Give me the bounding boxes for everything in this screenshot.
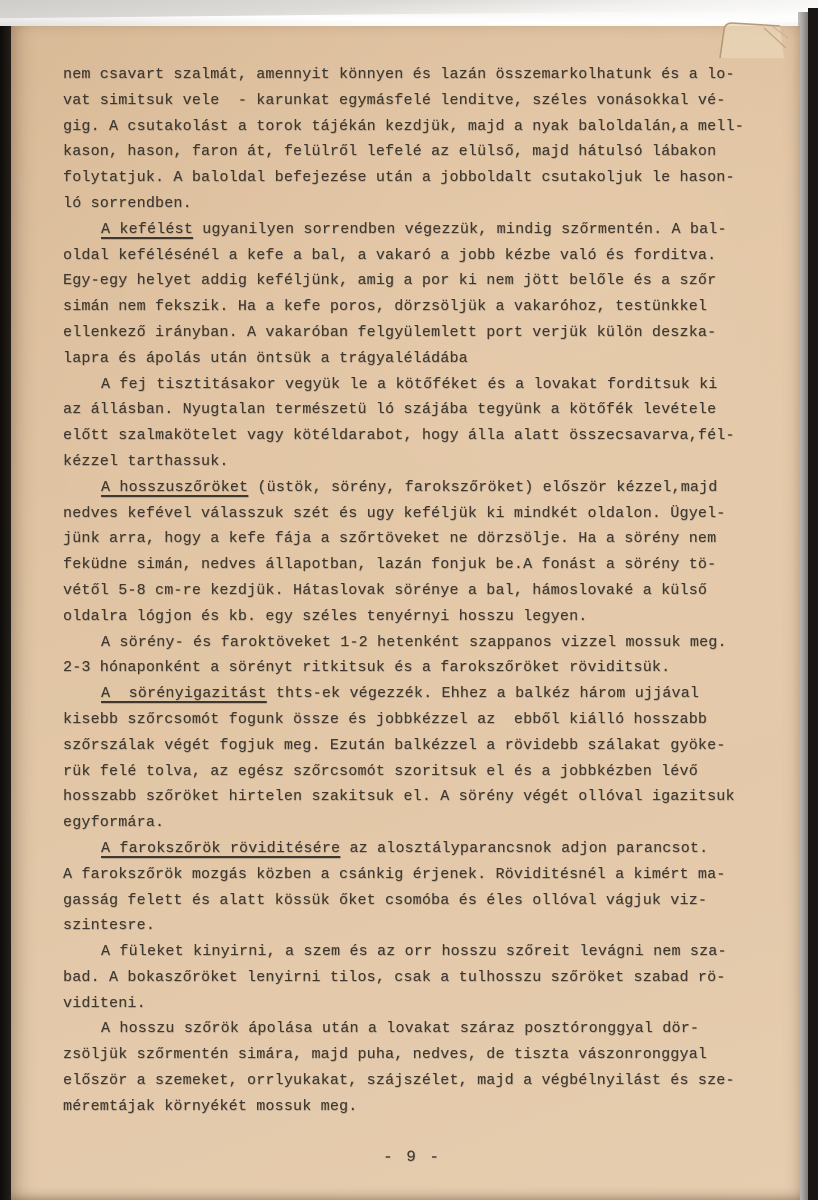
text-line: bad. A bokaszőröket lenyirni tilos, csak… — [63, 965, 761, 991]
text-line: nedves kefével válasszuk szét és ugy kef… — [63, 501, 761, 527]
underlined-heading: A sörényigazitást — [101, 685, 267, 702]
text-segment: viditeni. — [63, 995, 146, 1012]
text-line: jünk arra, hogy a kefe fája a szőrtöveke… — [63, 526, 761, 552]
text-segment: bad. A bokaszőröket lenyirni tilos, csak… — [63, 969, 726, 986]
text-line: kason, hason, faron át, felülről lefelé … — [63, 139, 761, 165]
text-block: nem csavart szalmát, amennyit könnyen és… — [63, 62, 761, 1120]
text-segment: kézzel tarthassuk. — [63, 453, 229, 470]
text-segment: kason, hason, faron át, felülről lefelé … — [63, 143, 716, 160]
text-line: kézzel tarthassuk. — [63, 449, 761, 475]
text-line: egyformára. — [63, 810, 761, 836]
text-segment: A fej tisztitásakor vegyük le a kötőféke… — [101, 376, 718, 393]
text-segment: oldalra lógjon és kb. egy széles tenyérn… — [63, 608, 587, 625]
text-line: rük felé tolva, az egész szőrcsomót szor… — [63, 759, 761, 785]
text-segment: ellenkező irányban. A vakaróban felgyüle… — [63, 324, 716, 341]
text-line: hosszabb szőröket hirtelen szakitsuk el.… — [63, 784, 761, 810]
text-line: gasság felett és alatt kössük őket csomó… — [63, 888, 761, 914]
text-segment: zsöljük szőrmentén simára, majd puha, ne… — [63, 1046, 707, 1063]
text-line: 2-3 hónaponként a sörényt ritkitsuk és a… — [63, 655, 761, 681]
text-line: lapra és ápolás után öntsük a trágyalélá… — [63, 346, 761, 372]
text-line: zsöljük szőrmentén simára, majd puha, ne… — [63, 1042, 761, 1068]
text-segment: A farokszőrök mozgás közben a csánkig ér… — [63, 866, 726, 883]
document-page: nem csavart szalmát, amennyit könnyen és… — [11, 26, 800, 1200]
text-segment: A füleket kinyirni, a szem és az orr hos… — [101, 943, 727, 960]
text-segment: gasság felett és alatt kössük őket csomó… — [63, 892, 707, 909]
text-line: A farokszőrök röviditésére az alosztályp… — [63, 836, 761, 862]
text-line: méremtájak környékét mossuk meg. — [63, 1094, 761, 1120]
underlined-heading: A farokszőrök röviditésére — [101, 840, 340, 857]
text-segment: 2-3 hónaponként a sörényt ritkitsuk és a… — [63, 659, 670, 676]
text-segment: szintesre. — [63, 917, 155, 934]
text-line: A sörény- és faroktöveket 1-2 hetenként … — [63, 630, 761, 656]
text-line: folytatjuk. A baloldal befejezése után a… — [63, 165, 761, 191]
text-line: oldal kefélésénél a kefe a bal, a vakaró… — [63, 243, 761, 269]
text-line: A hosszu szőrök ápolása után a lovakat s… — [63, 1016, 761, 1042]
text-line: oldalra lógjon és kb. egy széles tenyérn… — [63, 604, 761, 630]
text-line: A sörényigazitást thts-ek végezzék. Ehhe… — [63, 681, 761, 707]
text-segment: méremtájak környékét mossuk meg. — [63, 1098, 357, 1115]
text-segment: az állásban. Nyugtalan természetü ló szá… — [63, 401, 716, 418]
text-line: gig. A csutakolást a torok tájékán kezdj… — [63, 114, 761, 140]
text-segment: simán nem fekszik. Ha a kefe poros, dörz… — [63, 298, 707, 315]
text-segment: feküdne simán, nedves állapotban, lazán … — [63, 556, 716, 573]
text-segment: szőrszálak végét fogjuk meg. Ezután balk… — [63, 737, 726, 754]
text-segment: nedves kefével válasszuk szét és ugy kef… — [63, 505, 726, 522]
text-line: vat simitsuk vele - karunkat egymásfelé … — [63, 88, 761, 114]
text-segment: gig. A csutakolást a torok tájékán kezdj… — [63, 118, 744, 135]
text-segment: rük felé tolva, az egész szőrcsomót szor… — [63, 763, 698, 780]
text-line: A fej tisztitásakor vegyük le a kötőféke… — [63, 372, 761, 398]
text-line: szőrszálak végét fogjuk meg. Ezután balk… — [63, 733, 761, 759]
text-line: az állásban. Nyugtalan természetü ló szá… — [63, 397, 761, 423]
text-line: szintesre. — [63, 913, 761, 939]
text-segment: egyformára. — [63, 814, 164, 831]
text-line: Egy-egy helyet addig keféljünk, amig a p… — [63, 268, 761, 294]
text-line: vétől 5-8 cm-re kezdjük. Hátaslovak söré… — [63, 578, 761, 604]
text-segment: oldal kefélésénél a kefe a bal, a vakaró… — [63, 247, 716, 264]
text-segment: ugyanilyen sorrendben végezzük, mindig s… — [193, 221, 727, 238]
text-segment: kisebb szőrcsomót fogunk össze és jobbké… — [63, 711, 707, 728]
text-line: A farokszőrök mozgás közben a csánkig ér… — [63, 862, 761, 888]
text-segment: előtt szalmakötelet vagy kötéldarabot, h… — [63, 427, 735, 444]
text-segment: vétől 5-8 cm-re kezdjük. Hátaslovak söré… — [63, 582, 707, 599]
text-line: ellenkező irányban. A vakaróban felgyüle… — [63, 320, 761, 346]
text-segment: nem csavart szalmát, amennyit könnyen és… — [63, 66, 735, 83]
page-number: - 9 - — [63, 1148, 761, 1166]
text-segment: lapra és ápolás után öntsük a trágyalélá… — [63, 350, 468, 367]
text-line: A kefélést ugyanilyen sorrendben végezzü… — [63, 217, 761, 243]
text-segment: hosszabb szőröket hirtelen szakitsuk el.… — [63, 788, 735, 805]
text-segment: (üstök, sörény, farokszőröket) először k… — [248, 479, 717, 496]
text-line: feküdne simán, nedves állapotban, lazán … — [63, 552, 761, 578]
text-line: először a szemeket, orrlyukakat, szájszé… — [63, 1068, 761, 1094]
text-segment: vat simitsuk vele - karunkat egymásfelé … — [63, 92, 726, 109]
scan-edge-right-black — [808, 8, 818, 1200]
underlined-heading: A hosszuszőröket — [101, 479, 248, 496]
text-segment: folytatjuk. A baloldal befejezése után a… — [63, 169, 735, 186]
text-line: viditeni. — [63, 991, 761, 1017]
text-line: kisebb szőrcsomót fogunk össze és jobbké… — [63, 707, 761, 733]
text-segment: Egy-egy helyet addig keféljünk, amig a p… — [63, 272, 716, 289]
text-segment: ló sorrendben. — [63, 195, 192, 212]
text-segment: az alosztályparancsnok adjon parancsot. — [340, 840, 708, 857]
text-line: előtt szalmakötelet vagy kötéldarabot, h… — [63, 423, 761, 449]
text-line: simán nem fekszik. Ha a kefe poros, dörz… — [63, 294, 761, 320]
text-line: A hosszuszőröket (üstök, sörény, faroksz… — [63, 475, 761, 501]
text-line: nem csavart szalmát, amennyit könnyen és… — [63, 62, 761, 88]
text-line: A füleket kinyirni, a szem és az orr hos… — [63, 939, 761, 965]
text-segment: thts-ek végezzék. Ehhez a balkéz három u… — [267, 685, 699, 702]
text-segment: jünk arra, hogy a kefe fája a szőrtöveke… — [63, 530, 716, 547]
text-segment: először a szemeket, orrlyukakat, szájszé… — [63, 1072, 735, 1089]
text-line: ló sorrendben. — [63, 191, 761, 217]
text-segment: A hosszu szőrök ápolása után a lovakat s… — [101, 1020, 699, 1037]
text-segment: A sörény- és faroktöveket 1-2 hetenként … — [101, 634, 727, 651]
underlined-heading: A kefélést — [101, 221, 193, 238]
scan-edge-left-spine — [0, 26, 11, 1200]
